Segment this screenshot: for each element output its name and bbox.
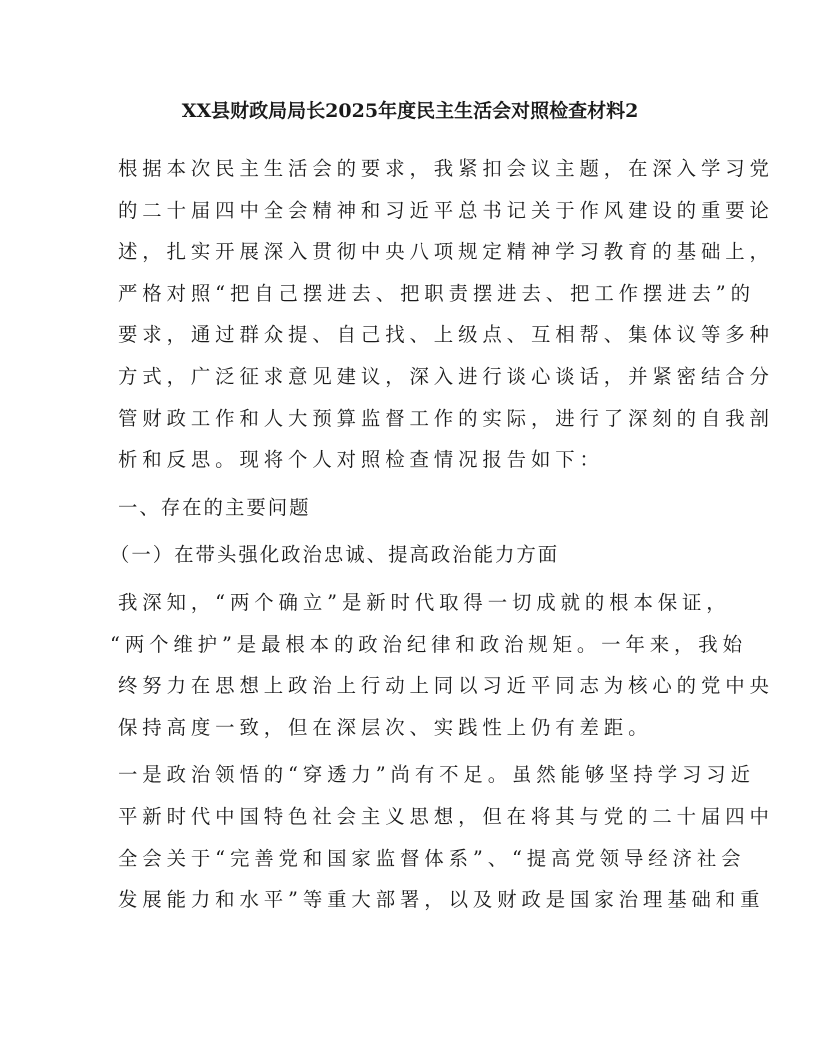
text-line: 全会关于“完善党和国家监督体系”、“提高党领导经济社会 [118, 838, 702, 880]
body-paragraph: 一是政治领悟的“穿透力”尚有不足。虽然能够坚持学习习近 平新时代中国特色社会主义… [118, 754, 702, 920]
text-line: 的二十届四中全会精神和习近平总书记关于作风建设的重要论 [118, 190, 702, 232]
text-line: 终努力在思想上政治上行动上同以习近平同志为核心的党中央 [118, 665, 702, 707]
text-line: 析和反思。现将个人对照检查情况报告如下： [118, 439, 702, 481]
text-line: 述，扎实开展深入贯彻中央八项规定精神学习教育的基础上， [118, 231, 702, 273]
body-paragraph: 我深知，“两个确立”是新时代取得一切成就的根本保证， “两个维护”是最根本的政治… [118, 582, 702, 748]
text-line: 根据本次民主生活会的要求，我紧扣会议主题，在深入学习党 [118, 148, 702, 190]
text-line: 我深知，“两个确立”是新时代取得一切成就的根本保证， [118, 582, 702, 624]
text-line: 管财政工作和人大预算监督工作的实际，进行了深刻的自我剖 [118, 398, 702, 440]
text-line: 方式，广泛征求意见建议，深入进行谈心谈话，并紧密结合分 [118, 356, 702, 398]
document-title: XX县财政局局长2025年度民主生活会对照检查材料2 [108, 96, 712, 126]
text-line: 要求，通过群众提、自己找、上级点、互相帮、集体议等多种 [118, 314, 702, 356]
text-line: 平新时代中国特色社会主义思想，但在将其与党的二十届四中 [118, 796, 702, 838]
intro-paragraph: 根据本次民主生活会的要求，我紧扣会议主题，在深入学习党 的二十届四中全会精神和习… [118, 148, 702, 481]
text-line: 一是政治领悟的“穿透力”尚有不足。虽然能够坚持学习习近 [118, 754, 702, 796]
text-line: 发展能力和水平”等重大部署，以及财政是国家治理基础和重 [118, 879, 702, 921]
subsection-heading: （一）在带头强化政治忠诚、提高政治能力方面 [110, 534, 702, 576]
text-line: 保持高度一致，但在深层次、实践性上仍有差距。 [118, 707, 702, 749]
text-line: 严格对照“把自己摆进去、把职责摆进去、把工作摆进去”的 [118, 273, 702, 315]
document-page: XX县财政局局长2025年度民主生活会对照检查材料2 根据本次民主生活会的要求，… [118, 96, 702, 927]
section-heading: 一、存在的主要问题 [118, 487, 702, 529]
text-line: “两个维护”是最根本的政治纪律和政治规矩。一年来，我始 [110, 624, 702, 666]
